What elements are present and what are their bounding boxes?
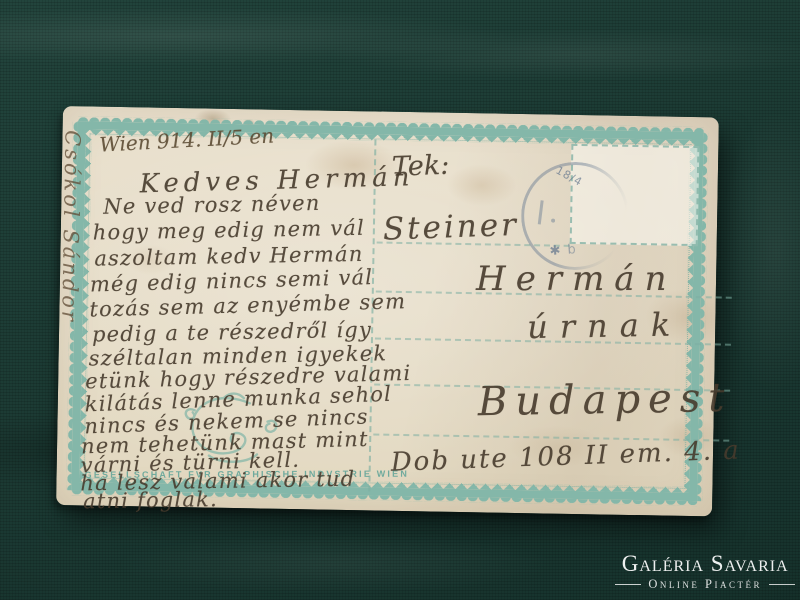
postmark-index: ✱b xyxy=(549,242,583,259)
address-title-suffix: úrnak xyxy=(527,305,683,346)
message-line: atni foglak. xyxy=(83,487,218,513)
postcard: 18/4 ✱b GESELLSCHAFT FVR GRAPHISCHE INDV… xyxy=(56,106,719,516)
margin-note: Csókol Sándor xyxy=(57,130,84,324)
photo-background: 18/4 ✱b GESELLSCHAFT FVR GRAPHISCHE INDV… xyxy=(0,0,800,600)
postmark-letter: b xyxy=(567,242,583,258)
postmark-tick xyxy=(538,200,544,224)
postmark-date: 18/4 xyxy=(553,164,584,189)
address-city: Budapest xyxy=(477,375,732,425)
address-honorific: Tek: xyxy=(391,150,449,183)
watermark-subtitle: Online Piactér xyxy=(615,577,795,592)
watermark: Galéria Savaria Online Piactér xyxy=(615,552,795,592)
address-surname: Steiner xyxy=(382,207,519,248)
watermark-title: Galéria Savaria xyxy=(615,552,795,575)
postmark-dot xyxy=(551,219,555,223)
address-forename: Hermán xyxy=(476,259,676,299)
postmark-star: ✱ xyxy=(549,243,568,259)
message-line: hogy meg edig nem vál xyxy=(93,216,366,245)
message-line: Ne ved rosz néven xyxy=(103,191,321,219)
